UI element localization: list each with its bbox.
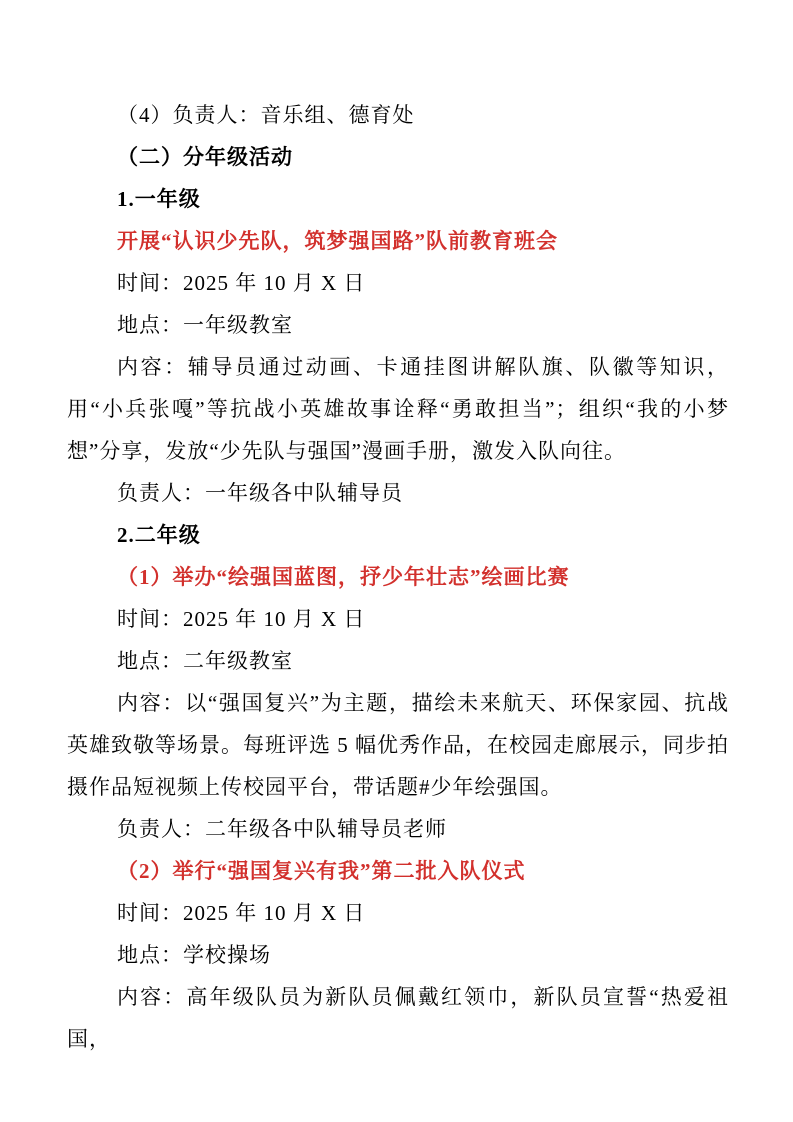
activity-title-painting-contest: （1）举办“绘强国蓝图，抒少年壮志”绘画比赛 [67,556,729,598]
time-line-painting-contest: 时间：2025 年 10 月 X 日 [67,598,729,640]
section-heading-grade-activities: （二）分年级活动 [67,136,729,178]
activity-title-pre-team-class-meeting: 开展“认识少先队，筑梦强国路”队前教育班会 [67,220,729,262]
location-line-painting-contest: 地点：二年级教室 [67,640,729,682]
content-paragraph-grade-1: 内容：辅导员通过动画、卡通挂图讲解队旗、队徽等知识，用“小兵张嘎”等抗战小英雄故… [67,346,729,472]
location-line-induction-ceremony: 地点：学校操场 [67,934,729,976]
subheading-grade-2: 2.二年级 [67,514,729,556]
responsible-line-music-group: （4）负责人：音乐组、德育处 [67,94,729,136]
time-line-induction-ceremony: 时间：2025 年 10 月 X 日 [67,892,729,934]
subheading-grade-1: 1.一年级 [67,178,729,220]
responsible-line-grade-2: 负责人：二年级各中队辅导员老师 [67,808,729,850]
activity-title-induction-ceremony: （2）举行“强国复兴有我”第二批入队仪式 [67,850,729,892]
time-line-grade-1: 时间：2025 年 10 月 X 日 [67,262,729,304]
document-page: （4）负责人：音乐组、德育处 （二）分年级活动 1.一年级 开展“认识少先队，筑… [0,0,793,1122]
responsible-line-grade-1: 负责人：一年级各中队辅导员 [67,472,729,514]
content-paragraph-painting-contest: 内容：以“强国复兴”为主题，描绘未来航天、环保家园、抗战英雄致敬等场景。每班评选… [67,682,729,808]
content-paragraph-induction-ceremony: 内容：高年级队员为新队员佩戴红领巾，新队员宣誓“热爱祖国， [67,976,729,1060]
location-line-grade-1: 地点：一年级教室 [67,304,729,346]
